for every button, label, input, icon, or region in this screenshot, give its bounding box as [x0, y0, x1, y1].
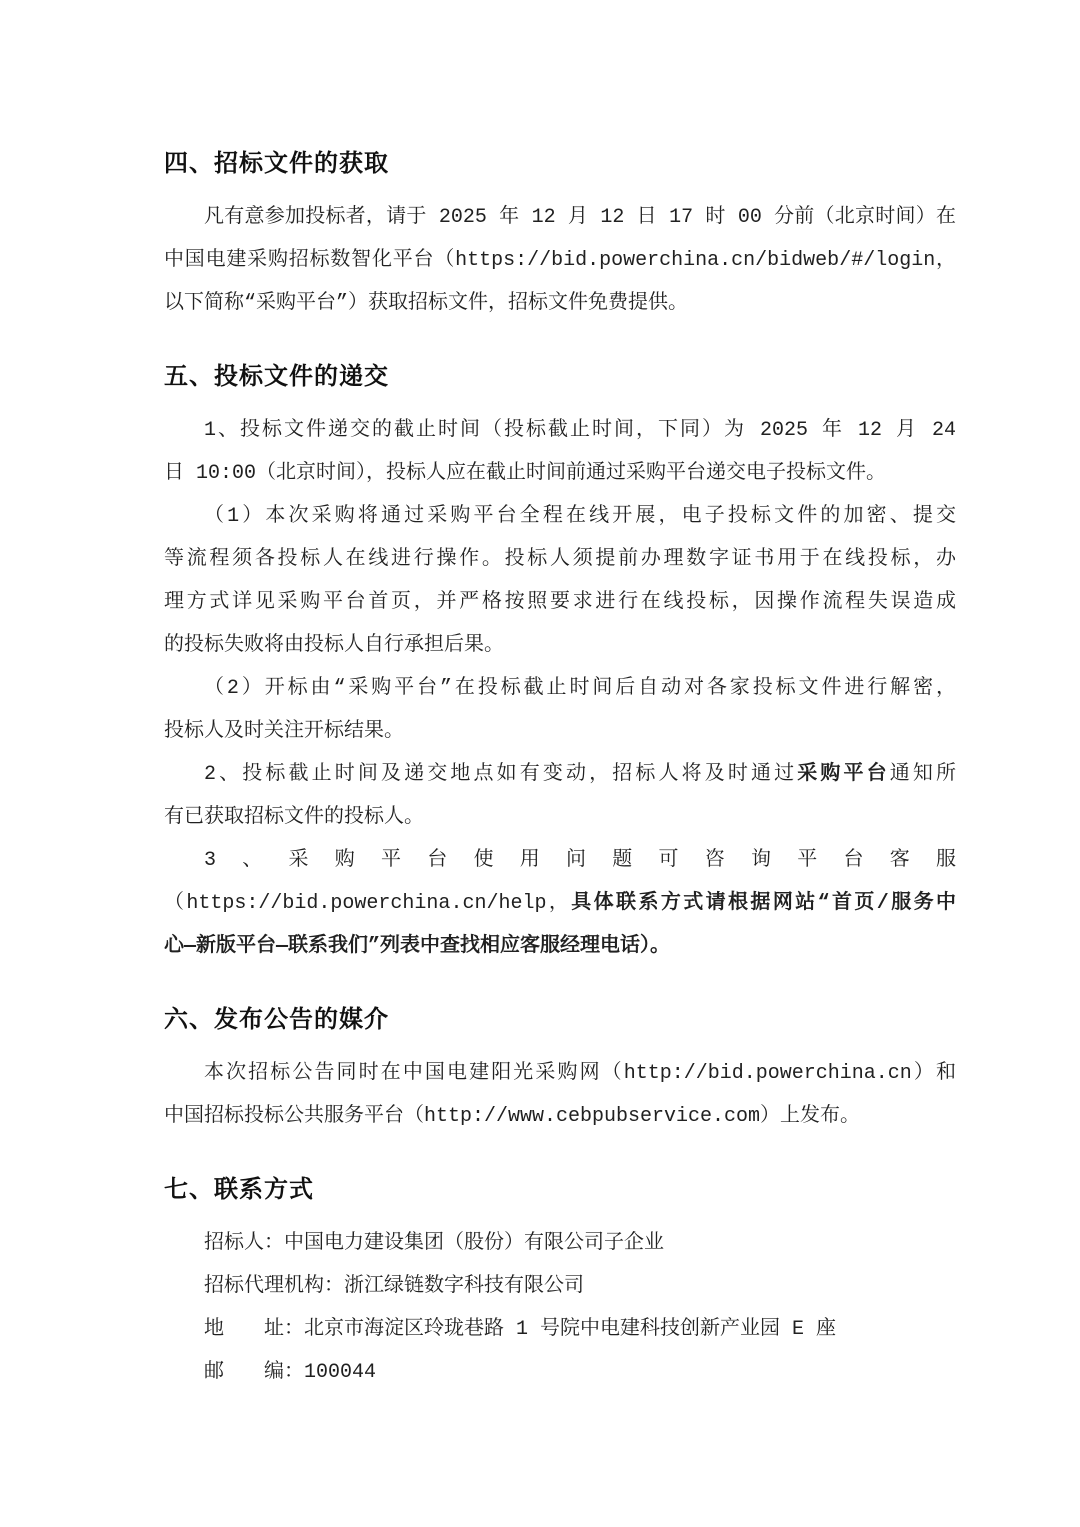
text-run: 理方式详见采购平台首页，并严格按照要求进行在线投标，因操作流程失误造成: [164, 591, 956, 614]
bold-text-run: 采购平台: [797, 763, 890, 786]
online-process-para: （1）本次采购将通过采购平台全程在线开展，电子投标文件的加密、提交等流程须各投标…: [164, 495, 956, 667]
text-run: （2）开标由“采购平台”在投标截止时间后自动对各家投标文件进行解密，: [204, 677, 956, 700]
text-line: 理方式详见采购平台首页，并严格按照要求进行在线投标，因操作流程失误造成: [164, 581, 956, 624]
text-line: 邮 编：100044: [164, 1351, 956, 1394]
text-run: 凡有意参加投标者，请于 2025 年 12 月 12 日 17 时 00 分前（…: [204, 206, 956, 229]
bid-doc-acquisition-para: 凡有意参加投标者，请于 2025 年 12 月 12 日 17 时 00 分前（…: [164, 196, 956, 325]
text-line: 以下简称“采购平台”）获取招标文件，招标文件免费提供。: [164, 282, 956, 325]
text-run: 日 10:00（北京时间），投标人应在截止时间前通过采购平台递交电子投标文件。: [164, 462, 886, 485]
text-run: 中国电建采购招标数智化平台（https://bid.powerchina.cn/…: [164, 249, 956, 272]
text-run: 招标人：中国电力建设集团（股份）有限公司子企业: [204, 1232, 664, 1255]
text-run: 以下简称“采购平台”）获取招标文件，招标文件免费提供。: [164, 292, 688, 315]
text-line: 2、投标截止时间及递交地点如有变动，招标人将及时通过采购平台通知所: [164, 753, 956, 796]
text-line: 等流程须各投标人在线进行操作。投标人须提前办理数字证书用于在线投标，办: [164, 538, 956, 581]
text-line: 中国招标投标公共服务平台（http://www.cebpubservice.co…: [164, 1095, 956, 1138]
text-run: 1、投标文件递交的截止时间（投标截止时间，下同）为 2025 年 12 月 24: [204, 419, 956, 442]
section-contact: 七、联系方式招标人：中国电力建设集团（股份）有限公司子企业招标代理机构：浙江绿链…: [164, 1172, 956, 1394]
section-announcement-media: 六、发布公告的媒介本次招标公告同时在中国电建阳光采购网（http://bid.p…: [164, 1002, 956, 1138]
text-run: 2、投标截止时间及递交地点如有变动，招标人将及时通过: [204, 763, 797, 786]
text-run: 投标人及时关注开标结果。: [164, 720, 404, 743]
section-doc-acquisition: 四、招标文件的获取凡有意参加投标者，请于 2025 年 12 月 12 日 17…: [164, 146, 956, 325]
section-heading: 四、招标文件的获取: [164, 146, 956, 182]
text-line: （https://bid.powerchina.cn/help，具体联系方式请根…: [164, 882, 956, 925]
text-line: 中国电建采购招标数智化平台（https://bid.powerchina.cn/…: [164, 239, 956, 282]
text-line: 1、投标文件递交的截止时间（投标截止时间，下同）为 2025 年 12 月 24: [164, 409, 956, 452]
text-line: 日 10:00（北京时间），投标人应在截止时间前通过采购平台递交电子投标文件。: [164, 452, 956, 495]
text-line: 心—新版平台—联系我们”列表中查找相应客服经理电话）。: [164, 925, 956, 968]
announcement-media-para: 本次招标公告同时在中国电建阳光采购网（http://bid.powerchina…: [164, 1052, 956, 1138]
text-run: 邮 编：100044: [204, 1361, 376, 1384]
text-line: 的投标失败将由投标人自行承担后果。: [164, 624, 956, 667]
agency-line: 招标代理机构：浙江绿链数字科技有限公司: [164, 1265, 956, 1308]
text-line: 有已获取招标文件的投标人。: [164, 796, 956, 839]
postcode-line: 邮 编：100044: [164, 1351, 956, 1394]
text-run: 等流程须各投标人在线进行操作。投标人须提前办理数字证书用于在线投标，办: [164, 548, 956, 571]
text-run: 中国招标投标公共服务平台（http://www.cebpubservice.co…: [164, 1105, 860, 1128]
text-line: 投标人及时关注开标结果。: [164, 710, 956, 753]
document-page: 四、招标文件的获取凡有意参加投标者，请于 2025 年 12 月 12 日 17…: [0, 0, 1080, 1527]
text-run: （1）本次采购将通过采购平台全程在线开展，电子投标文件的加密、提交: [204, 505, 956, 528]
section-heading: 六、发布公告的媒介: [164, 1002, 956, 1038]
section-heading: 五、投标文件的递交: [164, 359, 956, 395]
platform-support-para: 3、采购平台使用问题可咨询平台客服（https://bid.powerchina…: [164, 839, 956, 968]
text-run: 通知所: [890, 763, 956, 786]
text-line: 3、采购平台使用问题可咨询平台客服: [164, 839, 956, 882]
text-run: （https://bid.powerchina.cn/help，: [164, 892, 571, 915]
text-line: （2）开标由“采购平台”在投标截止时间后自动对各家投标文件进行解密，: [164, 667, 956, 710]
bold-text-run: 心—新版平台—联系我们”列表中查找相应客服经理电话）。: [164, 935, 670, 958]
section-bid-submission: 五、投标文件的递交1、投标文件递交的截止时间（投标截止时间，下同）为 2025 …: [164, 359, 956, 968]
bold-text-run: 具体联系方式请根据网站“首页/服务中: [571, 892, 956, 915]
text-line: 本次招标公告同时在中国电建阳光采购网（http://bid.powerchina…: [164, 1052, 956, 1095]
text-run: 地 址：北京市海淀区玲珑巷路 1 号院中电建科技创新产业园 E 座: [204, 1318, 836, 1341]
address-line: 地 址：北京市海淀区玲珑巷路 1 号院中电建科技创新产业园 E 座: [164, 1308, 956, 1351]
text-line: 凡有意参加投标者，请于 2025 年 12 月 12 日 17 时 00 分前（…: [164, 196, 956, 239]
text-line: 地 址：北京市海淀区玲珑巷路 1 号院中电建科技创新产业园 E 座: [164, 1308, 956, 1351]
change-notice-para: 2、投标截止时间及递交地点如有变动，招标人将及时通过采购平台通知所有已获取招标文…: [164, 753, 956, 839]
text-line: 招标代理机构：浙江绿链数字科技有限公司: [164, 1265, 956, 1308]
deadline-para: 1、投标文件递交的截止时间（投标截止时间，下同）为 2025 年 12 月 24…: [164, 409, 956, 495]
text-line: （1）本次采购将通过采购平台全程在线开展，电子投标文件的加密、提交: [164, 495, 956, 538]
tenderer-line: 招标人：中国电力建设集团（股份）有限公司子企业: [164, 1222, 956, 1265]
document-body: 四、招标文件的获取凡有意参加投标者，请于 2025 年 12 月 12 日 17…: [0, 0, 1080, 1394]
text-run: 有已获取招标文件的投标人。: [164, 806, 424, 829]
bid-opening-para: （2）开标由“采购平台”在投标截止时间后自动对各家投标文件进行解密，投标人及时关…: [164, 667, 956, 753]
text-run: 本次招标公告同时在中国电建阳光采购网（http://bid.powerchina…: [204, 1062, 956, 1085]
text-run: 招标代理机构：浙江绿链数字科技有限公司: [204, 1275, 584, 1298]
text-run: 的投标失败将由投标人自行承担后果。: [164, 634, 504, 657]
text-line: 招标人：中国电力建设集团（股份）有限公司子企业: [164, 1222, 956, 1265]
section-heading: 七、联系方式: [164, 1172, 956, 1208]
text-run: 3、采购平台使用问题可咨询平台客服: [204, 849, 956, 872]
